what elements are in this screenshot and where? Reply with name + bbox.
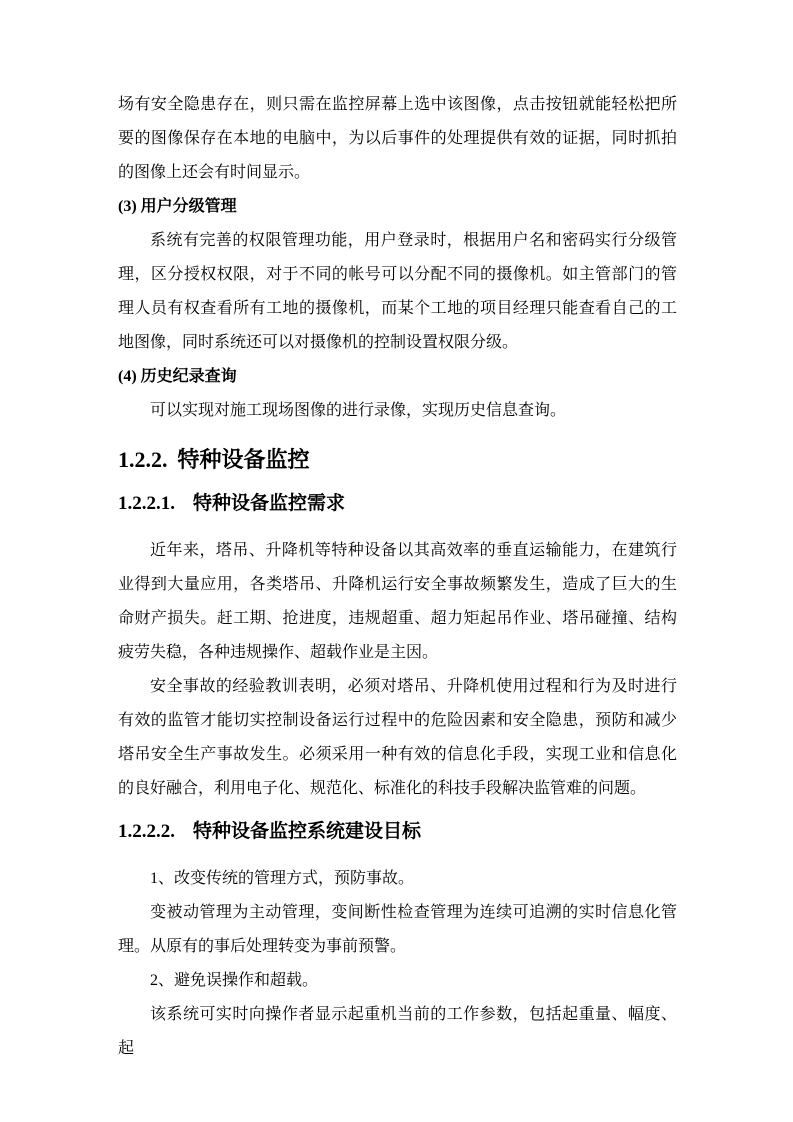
heading-number: 1.2.2.1.	[118, 493, 175, 514]
heading-1-2-2-1-monitoring-needs: 1.2.2.1.特种设备监控需求	[118, 490, 677, 518]
heading-number: 1.2.2.	[118, 447, 168, 472]
paragraph-user-level-management: 系统有完善的权限管理功能，用户登录时，根据用户名和密码实行分级管理，区分授权权限…	[118, 224, 677, 360]
heading-title: 特种设备监控	[178, 447, 310, 472]
paragraph-snapshot-save-continuation: 场有安全隐患存在，则只需在监控屏幕上选中该图像，点击按钮就能轻松把所要的图像保存…	[118, 88, 677, 190]
list-item-goal-2: 2、避免误操作和超载。	[118, 964, 677, 998]
heading-title: 特种设备监控系统建设目标	[193, 821, 421, 842]
heading-title: 特种设备监控需求	[193, 493, 345, 514]
heading-user-level-management: (3) 用户分级管理	[118, 190, 677, 224]
heading-number: 1.2.2.2.	[118, 821, 175, 842]
paragraph-goal-2-detail: 该系统可实时向操作者显示起重机当前的工作参数，包括起重量、幅度、起	[118, 998, 677, 1066]
paragraph-history-record-query: 可以实现对施工现场图像的进行录像，实现历史信息查询。	[118, 394, 677, 428]
paragraph-goal-1-detail: 变被动管理为主动管理，变间断性检查管理为连续可追溯的实时信息化管理。从原有的事后…	[118, 896, 677, 964]
paragraph-monitoring-needs-1: 近年来，塔吊、升降机等特种设备以其高效率的垂直运输能力，在建筑行业得到大量应用，…	[118, 534, 677, 670]
paragraph-monitoring-needs-2: 安全事故的经验教训表明，必须对塔吊、升降机使用过程和行为及时进行有效的监管才能切…	[118, 670, 677, 806]
heading-history-record-query: (4) 历史纪录查询	[118, 360, 677, 394]
list-item-goal-1: 1、改变传统的管理方式，预防事故。	[118, 862, 677, 896]
document-page: 场有安全隐患存在，则只需在监控屏幕上选中该图像，点击按钮就能轻松把所要的图像保存…	[0, 0, 793, 1122]
heading-1-2-2-2-system-goals: 1.2.2.2.特种设备监控系统建设目标	[118, 818, 677, 846]
heading-1-2-2-special-equipment-monitoring: 1.2.2.特种设备监控	[118, 444, 677, 476]
